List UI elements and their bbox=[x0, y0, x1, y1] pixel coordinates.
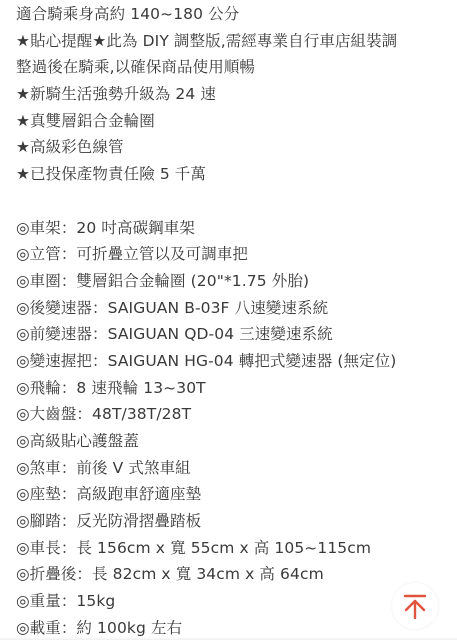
spec-line: ◎變速握把：SAIGUAN HG-04 轉把式變速器 (無定位) bbox=[16, 348, 453, 375]
spec-line: ◎折疊後：長 82cm x 寬 34cm x 高 64cm bbox=[16, 561, 453, 588]
spec-line: ◎座墊：高級跑車舒適座墊 bbox=[16, 481, 453, 508]
spec-line: ◎重量：15kg bbox=[16, 588, 453, 615]
product-description: 適合騎乘身高約 140~180 公分 ★貼心提醒★此為 DIY 調整版,需經專業… bbox=[16, 1, 453, 640]
intro-line: ★已投保產物責任險 5 千萬 bbox=[16, 161, 453, 188]
blank-spacer bbox=[16, 188, 453, 215]
intro-line: 適合騎乘身高約 140~180 公分 bbox=[16, 1, 453, 28]
spec-line: ◎車圈：雙層鋁合金輪圈 (20"*1.75 外胎) bbox=[16, 268, 453, 295]
spec-line: ◎立管：可折疊立管以及可調車把 bbox=[16, 241, 453, 268]
spec-line: ◎後變速器：SAIGUAN B-03F 八速變速系統 bbox=[16, 295, 453, 322]
intro-line: ★貼心提醒★此為 DIY 調整版,需經專業自行車店組裝調 bbox=[16, 28, 453, 55]
spec-line: ◎車架：20 吋高碳鋼車架 bbox=[16, 215, 453, 242]
spec-line: ◎大齒盤：48T/38T/28T bbox=[16, 401, 453, 428]
spec-line: ◎煞車：前後 V 式煞車組 bbox=[16, 455, 453, 482]
spec-line: ◎腳踏：反光防滑摺疊踏板 bbox=[16, 508, 453, 535]
spec-line: ◎飛輪：8 速飛輪 13~30T bbox=[16, 375, 453, 402]
scroll-to-top-button[interactable] bbox=[392, 583, 438, 629]
spec-line: ◎高級貼心護盤蓋 bbox=[16, 428, 453, 455]
intro-line: ★真雙層鋁合金輪圈 bbox=[16, 108, 453, 135]
intro-line: ★新騎生活強勢升級為 24 速 bbox=[16, 81, 453, 108]
intro-line: ★高級彩色線管 bbox=[16, 134, 453, 161]
spec-line: ◎前變速器：SAIGUAN QD-04 三速變速系統 bbox=[16, 321, 453, 348]
intro-line: 整過後在騎乘,以確保商品使用順暢 bbox=[16, 54, 453, 81]
arrow-up-to-top-icon bbox=[402, 593, 428, 619]
spec-line: ◎車長：長 156cm x 寬 55cm x 高 105~115cm bbox=[16, 535, 453, 562]
